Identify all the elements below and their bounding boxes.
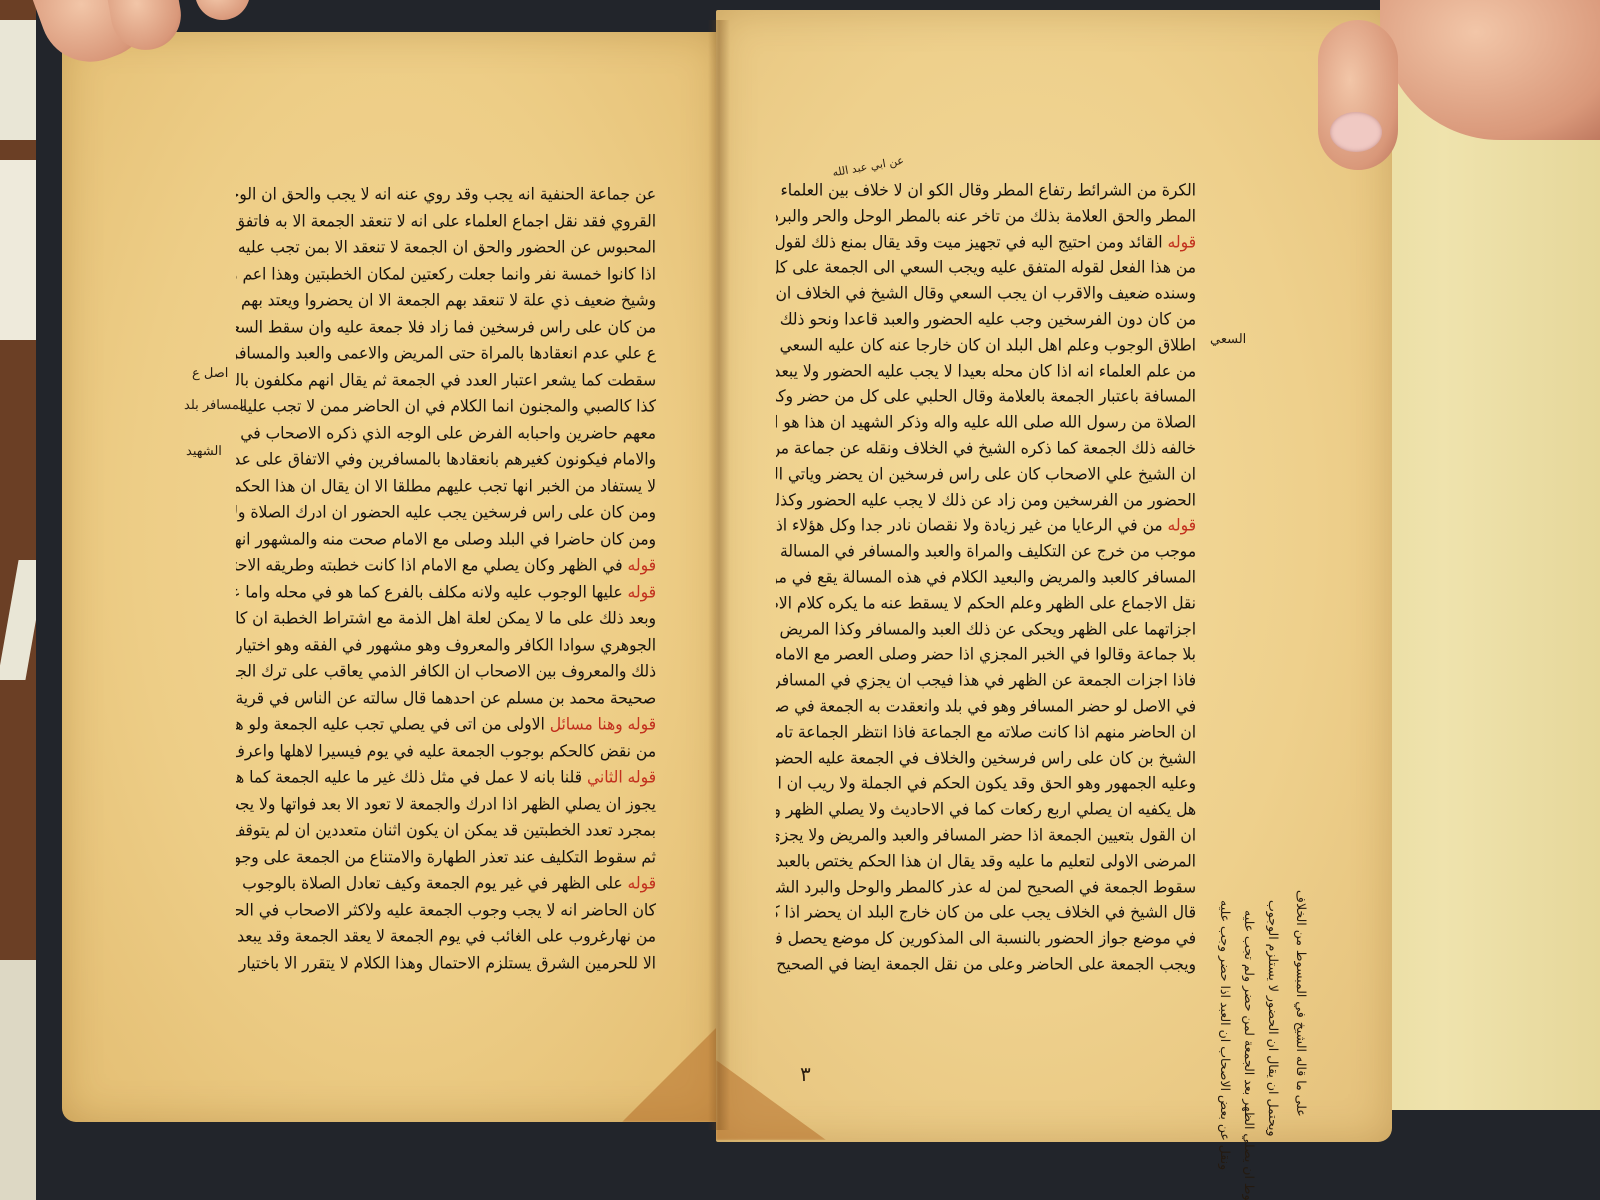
line-text: سقطت كما يشعر اعتبار العدد في الجمعة ثم …: [236, 370, 656, 389]
line-text: الكرة من الشرائط رتفاع المطر وقال الكو ا…: [776, 181, 1196, 200]
manuscript-line: اذا كانوا خمسة نفر وانما جعلت ركعتين لمك…: [236, 259, 656, 288]
manuscript-line: ان الحاضر منهم اذا كانت صلاته مع الجماعة…: [776, 717, 1196, 746]
line-text: الاولى من اتى في يصلي تجب عليه الجمعة ول…: [236, 715, 545, 734]
line-text: كان الحاضر انه لا يجب وجوب الجمعة عليه و…: [236, 900, 656, 919]
line-text: قال الشيخ في الخلاف يجب على من كان خارج …: [776, 903, 1196, 922]
manuscript-line: المرضى الاولى لتعليم ما عليه وقد يقال ان…: [776, 846, 1196, 875]
manuscript-line: كذا كالصبي والمجنون انما الكلام في ان ال…: [236, 391, 656, 420]
line-text: وعليه الجمهور وهو الحق وقد يكون الحكم في…: [776, 774, 1196, 793]
line-text: يجوز ان يصلي الظهر اذا ادرك والجمعة لا ت…: [236, 794, 656, 813]
line-text: وسنده ضعيف والاقرب ان يجب السعي وقال الش…: [776, 284, 1196, 303]
vertical-gloss: ونقل عن بعض الاصحاب ان العبد اذا حضر وجب…: [1214, 900, 1236, 1090]
line-text: من نقض كالحكم بوجوب الجمعة عليه في يوم ف…: [236, 741, 656, 760]
margin-note: الشهيد: [186, 444, 222, 459]
manuscript-line: صحيحة محمد بن مسلم عن احدهما قال سالته ع…: [236, 683, 656, 712]
loose-paper-note: [0, 20, 40, 140]
line-text: الحضور من الفرسخين ومن زاد عن ذلك لا يجب…: [776, 490, 1196, 509]
line-text: المسافة باعتبار الجمعة بالعلامة وقال الح…: [776, 387, 1196, 406]
line-text: من نهارغروب على الغائب في يوم الجمعة لا …: [236, 927, 656, 946]
rubric-heading: قوله: [623, 556, 656, 575]
line-text: من كان دون الفرسخين وجب عليه الحضور والع…: [776, 310, 1196, 329]
gutter-shadow: [708, 20, 730, 1130]
line-text: في الظهر وكان يصلي مع الامام اذا كانت خط…: [236, 556, 623, 575]
manuscript-line: في الاصل لو حضر المسافر وهو في بلد وانعق…: [776, 691, 1196, 720]
line-text: الصلاة من رسول الله صلى الله عليه واله و…: [776, 413, 1196, 432]
manuscript-line: اطلاق الوجوب وعلم اهل البلد ان كان خارجا…: [776, 330, 1196, 359]
line-text: المطر والحق العلامة بذلك من تاخر عنه بال…: [776, 206, 1196, 225]
rubric-heading: قوله وهنا مسائل: [545, 715, 656, 734]
manuscript-line: من كان دون الفرسخين وجب عليه الحضور والع…: [776, 304, 1196, 333]
loose-paper-note: [0, 160, 36, 340]
manuscript-line: ع علي عدم انعقادها بالمراة حتى المريض وا…: [236, 338, 656, 367]
line-text: ع علي عدم انعقادها بالمراة حتى المريض وا…: [236, 344, 656, 363]
manuscript-line: القروي فقد نقل اجماع العلماء على انه لا …: [236, 206, 656, 235]
line-text: سقوط الجمعة في الصحيح لمن له عذر كالمطر …: [776, 877, 1196, 896]
manuscript-line: ومن كان حاضرا في البلد وصلى مع الامام صح…: [236, 524, 656, 553]
line-text: ان الحاضر منهم اذا كانت صلاته مع الجماعة…: [776, 722, 1196, 741]
line-text: ومن كان حاضرا في البلد وصلى مع الامام صح…: [236, 529, 656, 548]
line-text: من في الرعايا من غير زيادة ولا نقصان ناد…: [776, 516, 1163, 535]
manuscript-line: وبعد ذلك على ما لا يمكن لعلة اهل الذمة م…: [236, 603, 656, 632]
manuscript-line: الجوهري سوادا الكافر والمعروف وهو مشهور …: [236, 630, 656, 659]
line-text: ذلك والمعروف بين الاصحاب ان الكافر الذمي…: [236, 662, 656, 681]
line-text: كذا كالصبي والمجنون انما الكلام في ان ال…: [236, 397, 656, 416]
line-text: قلنا بانه لا عمل في مثل ذلك غير ما عليه …: [236, 768, 582, 787]
margin-note: اصل ع: [192, 366, 228, 381]
line-text: المسافر كالعبد والمريض والبعيد الكلام في…: [776, 568, 1196, 587]
manuscript-line: وشيخ ضعيف ذي علة لا تنعقد بهم الجمعة الا…: [236, 285, 656, 314]
manuscript-line: الكرة من الشرائط رتفاع المطر وقال الكو ا…: [776, 175, 1196, 204]
line-text: هل يكفيه ان يصلي اربع ركعات كما في الاحا…: [776, 800, 1196, 819]
manuscript-line: من كان على راس فرسخين فما زاد فلا جمعة ع…: [236, 312, 656, 341]
manuscript-line: ثم سقوط التكليف عند تعذر الطهارة والامتن…: [236, 842, 656, 871]
line-text: ومن كان على راس فرسخين يجب عليه الحضور ا…: [236, 503, 656, 522]
line-text: المحبوس عن الحضور والحق ان الجمعة لا تنع…: [236, 238, 656, 257]
line-text: الجوهري سوادا الكافر والمعروف وهو مشهور …: [236, 635, 656, 654]
line-text: وبعد ذلك على ما لا يمكن لعلة اهل الذمة م…: [236, 609, 656, 628]
manuscript-line: نقل الاجماع على الظهر وعلم الحكم لا يسقط…: [776, 588, 1196, 617]
line-text: صحيحة محمد بن مسلم عن احدهما قال سالته ع…: [236, 688, 656, 707]
rubric-heading: قوله: [623, 582, 656, 601]
manuscript-line: ان القول بتعيين الجمعة اذا حضر المسافر و…: [776, 820, 1196, 849]
line-text: عليها الوجوب عليه ولانه مكلف بالفرع كما …: [236, 582, 623, 601]
manuscript-line: قوله وهنا مسائل الاولى من اتى في يصلي تج…: [236, 709, 656, 738]
line-text: بمجرد تعدد الخطبتين قد يمكن ان يكون اثنا…: [236, 821, 656, 840]
margin-note: السعي: [1210, 332, 1246, 347]
vertical-gloss: ويحتمل ان يقال ان الحضور لا يستلزم الوجو…: [1262, 900, 1284, 1090]
line-text: من كان على راس فرسخين فما زاد فلا جمعة ع…: [236, 317, 656, 336]
manuscript-line: يجوز ان يصلي الظهر اذا ادرك والجمعة لا ت…: [236, 789, 656, 818]
line-text: ان الشيخ علي الاصحاب كان على راس فرسخين …: [776, 464, 1196, 483]
line-text: من علم العلماء انه اذا كان محله بعيدا لا…: [776, 361, 1196, 380]
manuscript-line: لا يستفاد من الخبر انها تجب عليهم مطلقا …: [236, 471, 656, 500]
line-text: على الظهر في غير يوم الجمعة وكيف تعادل ا…: [236, 874, 623, 893]
right-page-text-block: الكرة من الشرائط رتفاع المطر وقال الكو ا…: [776, 176, 1196, 986]
margin-note: المسافر بلد: [184, 398, 247, 413]
line-text: اجزاتهما على الظهر ويحكى عن ذلك العبد وا…: [776, 619, 1196, 638]
line-text: في الاصل لو حضر المسافر وهو في بلد وانعق…: [776, 697, 1196, 716]
manuscript-line: قوله الثاني قلنا بانه لا عمل في مثل ذلك …: [236, 762, 656, 791]
folio-number: ٣: [800, 1062, 811, 1086]
line-text: بلا جماعة وقالوا في الخبر المجزي اذا حضر…: [776, 645, 1196, 664]
vertical-gloss: على ما قاله الشيخ في المبسوط من الخلاف: [1290, 890, 1312, 1090]
manuscript-line: من نقض كالحكم بوجوب الجمعة عليه في يوم ف…: [236, 736, 656, 765]
water-stain: [622, 1022, 722, 1122]
line-text: موجب من خرج عن التكليف والمراة والعبد وا…: [776, 542, 1196, 561]
line-text: معهم حاضرين واحبابه الفرض على الوجه الذي…: [236, 423, 656, 442]
manuscript-line: معهم حاضرين واحبابه الفرض على الوجه الذي…: [236, 418, 656, 447]
manuscript-line: ومن كان على راس فرسخين يجب عليه الحضور ا…: [236, 497, 656, 526]
line-text: من هذا الفعل لقوله المتفق عليه ويجب السع…: [776, 258, 1196, 277]
manuscript-line: والامام فيكونون كغيرهم بانعقادها بالمساف…: [236, 444, 656, 473]
line-text: ويجب الجمعة على الحاضر وعلى من نقل الجمع…: [776, 955, 1196, 974]
line-text: والامام فيكونون كغيرهم بانعقادها بالمساف…: [236, 450, 656, 469]
rubric-heading: قوله: [1163, 232, 1196, 251]
manuscript-line: المحبوس عن الحضور والحق ان الجمعة لا تنع…: [236, 232, 656, 261]
manuscript-line: قوله عليها الوجوب عليه ولانه مكلف بالفرع…: [236, 577, 656, 606]
loose-paper-stack: [0, 960, 40, 1200]
line-text: ان القول بتعيين الجمعة اذا حضر المسافر و…: [776, 826, 1196, 845]
manuscript-line: بمجرد تعدد الخطبتين قد يمكن ان يكون اثنا…: [236, 815, 656, 844]
manuscript-line: من نهارغروب على الغائب في يوم الجمعة لا …: [236, 921, 656, 950]
line-text: خالفه ذلك الجمعة كما ذكره الشيخ في الخلا…: [776, 439, 1196, 458]
vertical-gloss: الاحوط ان يصلي الظهر بعد الجمعة لمن حضر …: [1238, 910, 1260, 1090]
manuscript-line: ذلك والمعروف بين الاصحاب ان الكافر الذمي…: [236, 656, 656, 685]
manuscript-line: ان الشيخ علي الاصحاب كان على راس فرسخين …: [776, 459, 1196, 488]
line-text: الشيخ بن كان على راس فرسخين والخلاف في ا…: [776, 748, 1196, 767]
line-text: عن جماعة الحنفية انه يجب وقد روي عنه انه…: [236, 185, 656, 204]
line-text: وشيخ ضعيف ذي علة لا تنعقد بهم الجمعة الا…: [236, 291, 656, 310]
manuscript-line: سقطت كما يشعر اعتبار العدد في الجمعة ثم …: [236, 365, 656, 394]
rubric-heading: قوله: [623, 874, 656, 893]
line-text: لا يستفاد من الخبر انها تجب عليهم مطلقا …: [236, 476, 656, 495]
manuscript-line: قوله على الظهر في غير يوم الجمعة وكيف تع…: [236, 868, 656, 897]
line-text: اطلاق الوجوب وعلم اهل البلد ان كان خارجا…: [776, 335, 1196, 354]
line-text: القروي فقد نقل اجماع العلماء على انه لا …: [236, 211, 656, 230]
manuscript-line: عن جماعة الحنفية انه يجب وقد روي عنه انه…: [236, 179, 656, 208]
line-text: القائد ومن احتيج اليه في تجهيز ميت وقد ي…: [776, 232, 1163, 251]
line-text: ثم سقوط التكليف عند تعذر الطهارة والامتن…: [236, 847, 656, 866]
manuscript-line: ويجب الجمعة على الحاضر وعلى من نقل الجمع…: [776, 949, 1196, 978]
line-text: فاذا اجزات الجمعة عن الظهر في هذا فيجب ا…: [776, 671, 1196, 690]
left-page-text-block: عن جماعة الحنفية انه يجب وقد روي عنه انه…: [236, 180, 656, 980]
right-thumb: [1318, 20, 1398, 170]
manuscript-line: المسافر كالعبد والمريض والبعيد الكلام في…: [776, 562, 1196, 591]
line-text: في موضع جواز الحضور بالنسبة الى المذكوري…: [776, 929, 1196, 948]
line-text: اذا كانوا خمسة نفر وانما جعلت ركعتين لمك…: [236, 264, 656, 283]
rubric-heading: قوله: [1163, 516, 1196, 535]
manuscript-line: الا للحرمين الشرق يستلزم الاحتمال وهذا ا…: [236, 948, 656, 977]
manuscript-line: المطر والحق العلامة بذلك من تاخر عنه بال…: [776, 201, 1196, 230]
thumbnail: [1330, 112, 1382, 152]
line-text: الا للحرمين الشرق يستلزم الاحتمال وهذا ا…: [236, 953, 656, 972]
rubric-heading: قوله الثاني: [582, 768, 656, 787]
manuscript-line: خالفه ذلك الجمعة كما ذكره الشيخ في الخلا…: [776, 433, 1196, 462]
line-text: نقل الاجماع على الظهر وعلم الحكم لا يسقط…: [776, 593, 1196, 612]
line-text: المرضى الاولى لتعليم ما عليه وقد يقال ان…: [776, 851, 1196, 870]
manuscript-line: قوله في الظهر وكان يصلي مع الامام اذا كا…: [236, 550, 656, 579]
manuscript-line: كان الحاضر انه لا يجب وجوب الجمعة عليه و…: [236, 895, 656, 924]
